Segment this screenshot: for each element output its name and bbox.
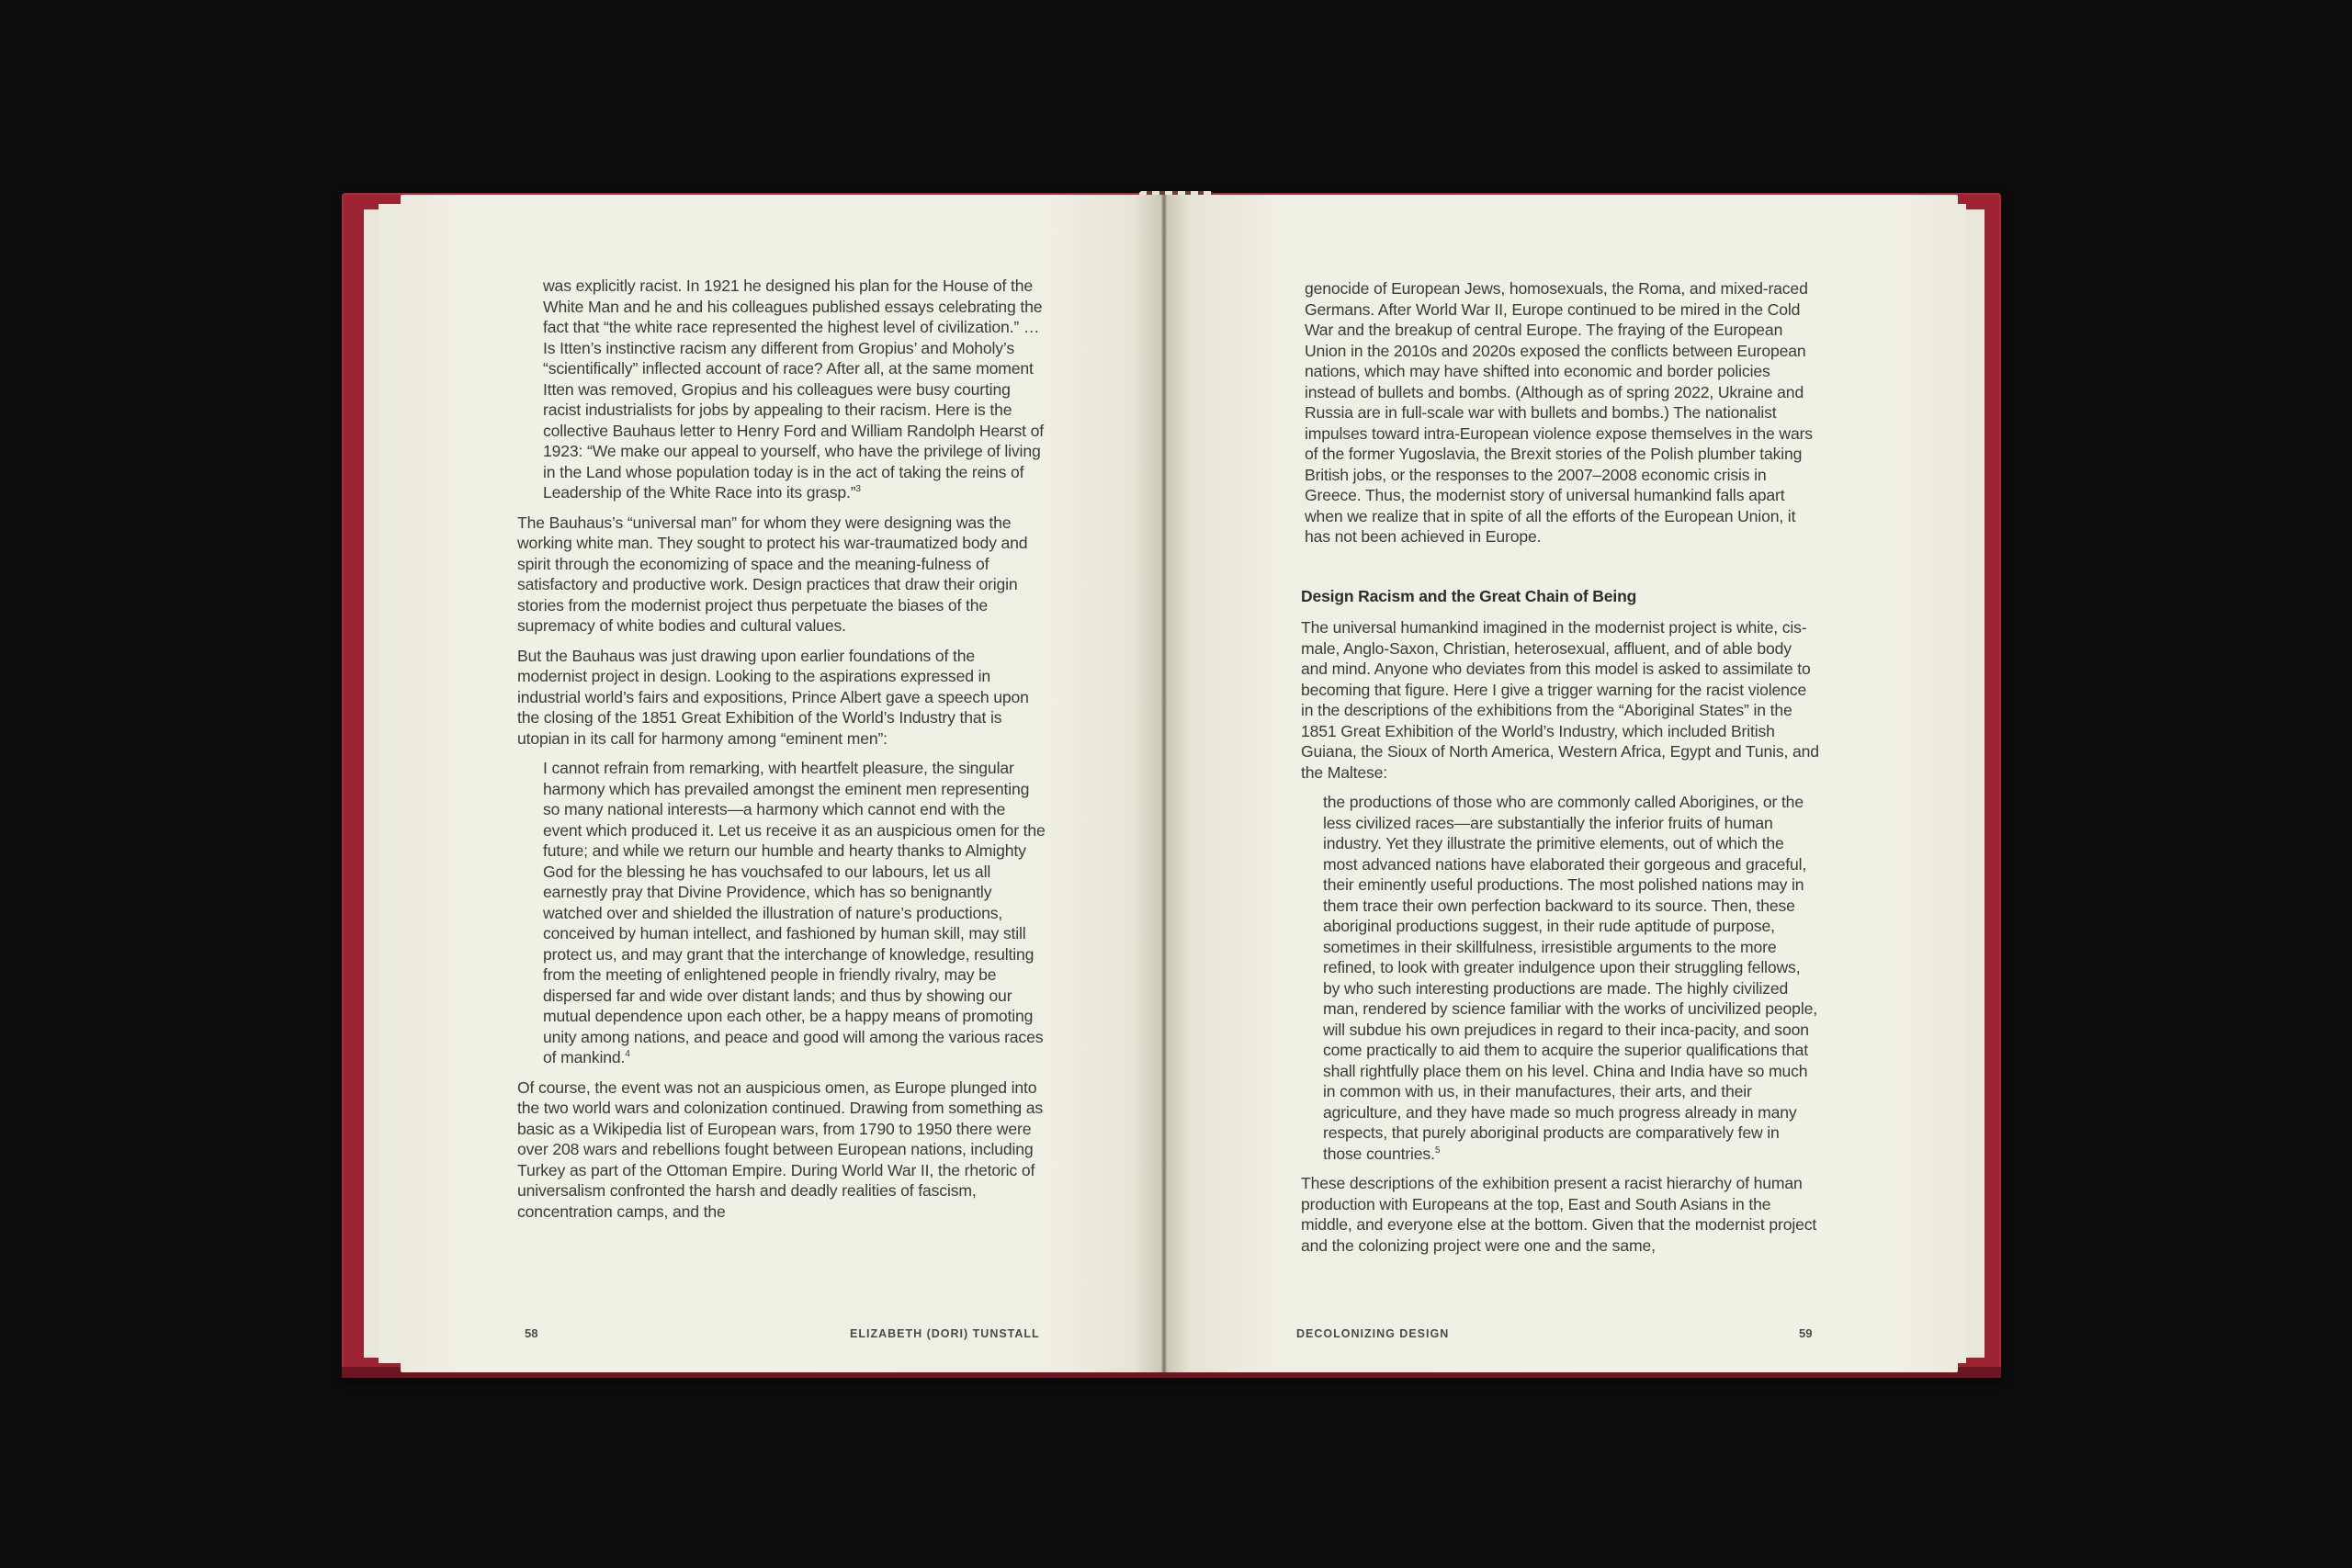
paragraph: But the Bauhaus was just drawing upon ea… — [517, 646, 1046, 750]
page-number-right: 59 — [1799, 1326, 1812, 1340]
footnote-ref: 5 — [1435, 1145, 1440, 1156]
footnote-ref: 4 — [625, 1049, 629, 1059]
paragraph: The Bauhaus’s “universal man” for whom t… — [517, 513, 1046, 637]
paragraph: The universal humankind imagined in the … — [1301, 617, 1820, 783]
paragraph: genocide of European Jews, homosexuals, … — [1301, 278, 1820, 547]
running-head-left: ELIZABETH (DORI) TUNSTALL — [850, 1327, 1040, 1340]
block-quote: I cannot refrain from remarking, with he… — [543, 758, 1046, 1068]
paragraph: Of course, the event was not an auspicio… — [517, 1077, 1046, 1223]
running-head-right: DECOLONIZING DESIGN — [1296, 1327, 1449, 1340]
footnote-ref: 3 — [855, 484, 860, 494]
left-page-body: was explicitly racist. In 1921 he design… — [517, 276, 1046, 1231]
page-number-left: 58 — [525, 1326, 537, 1340]
right-page-body: genocide of European Jews, homosexuals, … — [1301, 278, 1820, 1265]
block-quote: the productions of those who are commonl… — [1323, 792, 1820, 1164]
paragraph: These descriptions of the exhibition pre… — [1301, 1173, 1820, 1256]
section-heading: Design Racism and the Great Chain of Bei… — [1301, 586, 1820, 607]
book-gutter — [1161, 195, 1167, 1372]
left-continued-quote: was explicitly racist. In 1921 he design… — [517, 276, 1046, 503]
